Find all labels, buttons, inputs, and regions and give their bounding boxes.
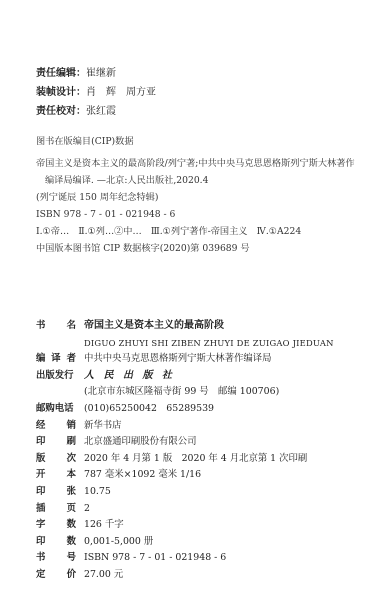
publication-info: 书名 帝国主义是资本主义的最高阶段 DIGUO ZHUYI SHI ZIBEN … xyxy=(36,318,334,584)
info-label: 定价 xyxy=(36,567,76,584)
cip-line: ISBN 978 - 7 - 01 - 021948 - 6 xyxy=(36,206,355,223)
info-address: (北京市东城区隆福寺街 99 号 邮编 100706) xyxy=(36,384,334,401)
cip-line: 中国版本图书馆 CIP 数据核字(2020)第 039689 号 xyxy=(36,240,355,257)
info-plates: 插页 2 xyxy=(36,501,334,518)
info-title: 书名 帝国主义是资本主义的最高阶段 xyxy=(36,318,334,335)
editorial-credits: 责任编辑：崔继新 装帧设计：肖 辉 周方亚 责任校对：张红霞 xyxy=(36,64,156,121)
info-label: 出版发行 xyxy=(36,368,76,385)
info-label: 书号 xyxy=(36,550,76,567)
credit-proofreader: 责任校对：张红霞 xyxy=(36,102,156,121)
cip-line: 编译局编译. —北京:人民出版社,2020.4 xyxy=(36,172,355,189)
info-label: 印数 xyxy=(36,534,76,551)
info-price: 定价 27.00 元 xyxy=(36,567,334,584)
info-label: 版次 xyxy=(36,451,76,468)
info-translator: 编译者 中共中央马克思恩格斯列宁斯大林著作编译局 xyxy=(36,351,334,368)
info-format: 开本 787 毫米×1092 毫米 1/16 xyxy=(36,467,334,484)
info-words: 字数 126 千字 xyxy=(36,517,334,534)
credit-editor: 责任编辑：崔继新 xyxy=(36,64,156,83)
info-label: 邮购电话 xyxy=(36,401,76,418)
cip-line: (列宁诞辰 150 周年纪念特辑) xyxy=(36,189,355,206)
cip-line: 帝国主义是资本主义的最高阶段/列宁著;中共中央马克思恩格斯列宁斯大林著作 xyxy=(36,155,355,172)
info-printer: 印刷 北京盛通印刷股份有限公司 xyxy=(36,434,334,451)
info-print-run: 印数 0,001-5,000 册 xyxy=(36,534,334,551)
info-label: 编译者 xyxy=(36,351,76,368)
cip-line: Ⅰ.①帝… Ⅱ.①列…②中… Ⅲ.①列宁著作-帝国主义 Ⅳ.①A224 xyxy=(36,223,355,240)
info-label: 开本 xyxy=(36,467,76,484)
credit-designer: 装帧设计：肖 辉 周方亚 xyxy=(36,83,156,102)
info-sheets: 印张 10.75 xyxy=(36,484,334,501)
info-label: 书名 xyxy=(36,318,76,335)
info-distributor: 经销 新华书店 xyxy=(36,418,334,435)
info-edition: 版次 2020 年 4 月第 1 版 2020 年 4 月北京第 1 次印刷 xyxy=(36,451,334,468)
cip-data-block: 图书在版编目(CIP)数据 帝国主义是资本主义的最高阶段/列宁著;中共中央马克思… xyxy=(36,133,355,257)
info-label: 字数 xyxy=(36,517,76,534)
info-label: 经销 xyxy=(36,418,76,435)
book-title: 帝国主义是资本主义的最高阶段 xyxy=(84,318,224,335)
info-label: 印刷 xyxy=(36,434,76,451)
publisher-logo: 人 民 出 版 社 xyxy=(84,368,175,385)
info-label: 印张 xyxy=(36,484,76,501)
info-label: 插页 xyxy=(36,501,76,518)
info-pinyin: DIGUO ZHUYI SHI ZIBEN ZHUYI DE ZUIGAO JI… xyxy=(36,335,334,352)
book-title-pinyin: DIGUO ZHUYI SHI ZIBEN ZHUYI DE ZUIGAO JI… xyxy=(84,335,334,352)
info-phone: 邮购电话 (010)65250042 65289539 xyxy=(36,401,334,418)
info-publisher: 出版发行 人 民 出 版 社 xyxy=(36,368,334,385)
info-isbn: 书号 ISBN 978 - 7 - 01 - 021948 - 6 xyxy=(36,550,334,567)
cip-heading: 图书在版编目(CIP)数据 xyxy=(36,133,355,147)
